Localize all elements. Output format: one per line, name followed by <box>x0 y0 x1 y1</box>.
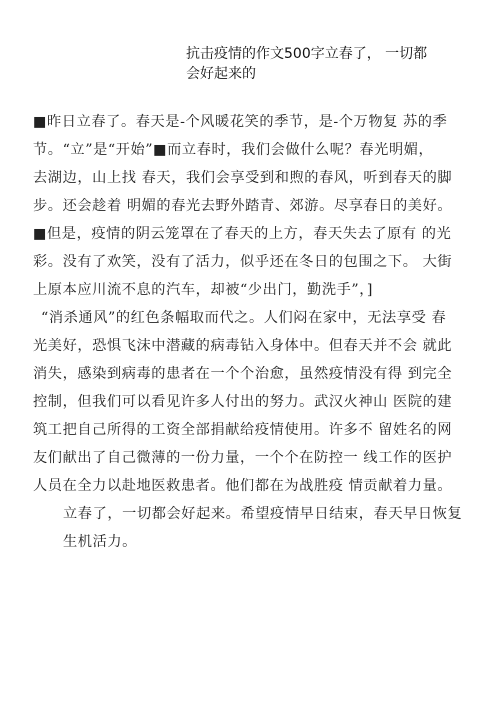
body-line: 控制，但我们可以看见许多人付出的努力。武汉火神山 医院的建 <box>33 388 473 416</box>
body-line: 上原本应川流不息的汽车，却被“少出门，勤洗手”，] <box>33 276 473 304</box>
body-line: 生机活力。 <box>33 528 473 556</box>
body-line: 光美好，恐惧飞沫中潜藏的病毒钻入身体中。但春天并不会 就此 <box>33 332 473 360</box>
body-line: ■昨日立春了。春天是-个风暖花笑的季节，是-个万物复 苏的季 <box>33 108 473 136</box>
document-title: 抗击疫情的作文500字立春了， 一切都 会好起来的 <box>186 44 456 84</box>
body-line: “消杀通风”的红色条幅取而代之。人们闷在家中，无法享受 春 <box>33 304 473 332</box>
body-line: 人员在全力以赴地医救患者。他们都在为战胜疫 情贡献着力量。 <box>33 472 473 500</box>
body-line: 筑工把自己所得的工资全部捐献给疫情使用。许多不 留姓名的网 <box>33 416 473 444</box>
body-line: 彩。没有了欢笑，没有了活力，似乎还在冬日的包围之下。 大街 <box>33 248 473 276</box>
body-line: 立春了，一切都会好起来。希望疫情早日结束，春天早日恢复 <box>33 500 473 528</box>
title-line: 抗击疫情的作文500字立春了， 一切都 <box>186 44 456 64</box>
essay-body: ■昨日立春了。春天是-个风暖花笑的季节，是-个万物复 苏的季 节。“立”是“开始… <box>33 108 473 556</box>
body-line: 节。“立”是“开始”■而立春时，我们会做什么呢？春光明媚， <box>33 136 473 164</box>
title-line: 会好起来的 <box>186 64 456 84</box>
body-line: ■但是，疫情的阴云笼罩在了春天的上方，春天失去了原有 的光 <box>33 220 473 248</box>
body-line: 去湖边，山上找 春天，我们会享受到和煦的春风，听到春天的脚 <box>33 164 473 192</box>
body-line: 消失，感染到病毒的患者在一个个治愈，虽然疫情没有得 到完全 <box>33 360 473 388</box>
body-line: 步。还会趁着 明媚的春光去野外踏青、郊游。尽享春日的美好。 <box>33 192 473 220</box>
body-line: 友们献出了自己微薄的一份力量，一个个在防控一 线工作的医护 <box>33 444 473 472</box>
